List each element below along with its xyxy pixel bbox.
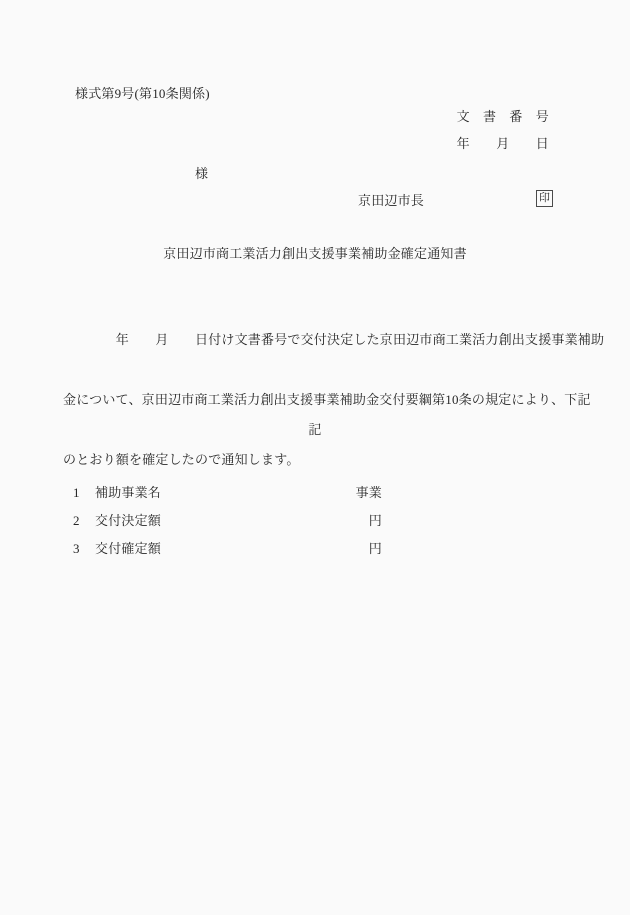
sender-title: 京田辺市長 <box>358 193 424 209</box>
body-paragraph: 年 月 日付け文書番号で交付決定した京田辺市商工業活力創出支援事業補助 金につい… <box>63 294 570 506</box>
seal-box: 印 <box>536 190 553 207</box>
addressee-honorific: 様 <box>195 166 208 182</box>
form-number: 様式第9号(第10条関係) <box>75 86 210 102</box>
item-label-group: 1 補助事業名 <box>73 485 161 501</box>
item-label-group: 3 交付確定額 <box>73 541 161 557</box>
item-row: 3 交付確定額 円 <box>73 541 382 557</box>
item-label: 交付確定額 <box>95 541 161 557</box>
item-number: 1 <box>73 485 95 501</box>
item-value-unit: 事業 <box>356 485 382 501</box>
item-number: 2 <box>73 513 95 529</box>
body-line: のとおり額を確定したので通知します。 <box>63 446 570 474</box>
body-line: 金について、京田辺市商工業活力創出支援事業補助金交付要綱第10条の規定により、下… <box>63 386 570 414</box>
date-blank-line: 年 月 日 <box>457 136 549 152</box>
body-line: 年 月 日付け文書番号で交付決定した京田辺市商工業活力創出支援事業補助 <box>63 326 570 354</box>
item-value-unit: 円 <box>369 513 382 529</box>
item-label-group: 2 交付決定額 <box>73 513 161 529</box>
record-heading: 記 <box>0 422 630 438</box>
item-row: 1 補助事業名 事業 <box>73 485 382 501</box>
document-title: 京田辺市商工業活力創出支援事業補助金確定通知書 <box>0 246 630 262</box>
document-page: 様式第9号(第10条関係) 文 書 番 号 年 月 日 様 京田辺市長 印 京田… <box>0 0 630 915</box>
seal-mark: 印 <box>539 193 550 204</box>
item-value-unit: 円 <box>369 541 382 557</box>
item-label: 補助事業名 <box>95 485 161 501</box>
item-row: 2 交付決定額 円 <box>73 513 382 529</box>
item-label: 交付決定額 <box>95 513 161 529</box>
item-number: 3 <box>73 541 95 557</box>
document-number-label: 文 書 番 号 <box>457 109 549 125</box>
